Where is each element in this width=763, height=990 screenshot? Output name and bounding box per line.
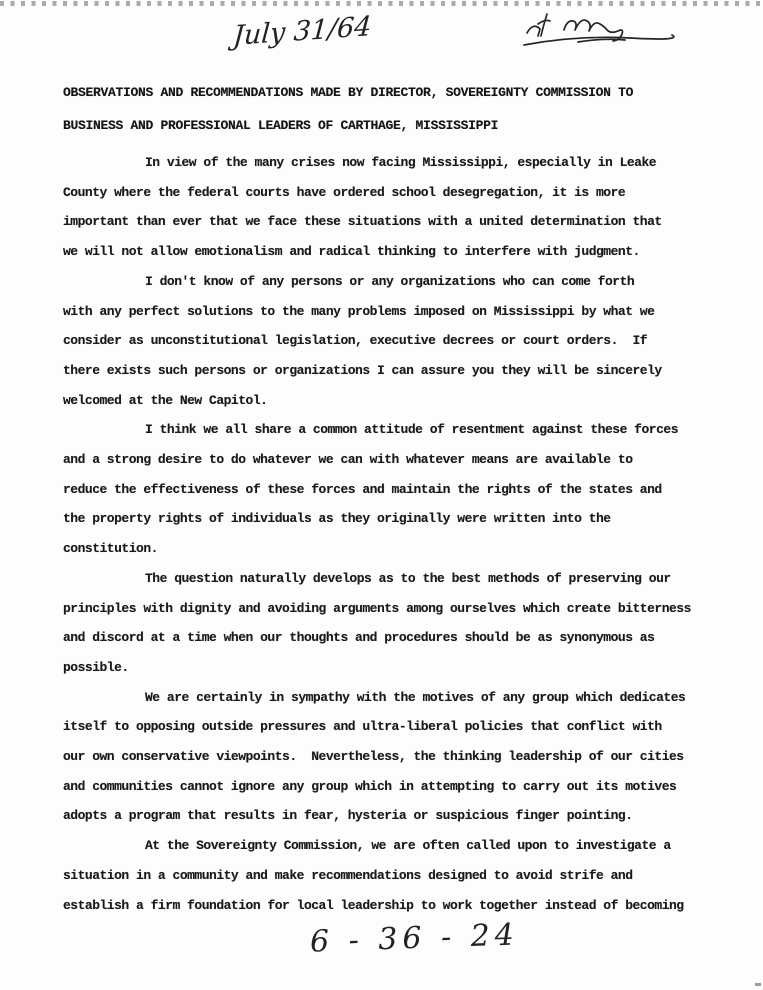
document-body: In view of the many crises now facing Mi… bbox=[63, 148, 731, 920]
handwritten-initials-scribble bbox=[522, 5, 678, 51]
paragraph-6: At the Sovereignty Commission, we are of… bbox=[63, 831, 731, 920]
paragraph-1: In view of the many crises now facing Mi… bbox=[63, 148, 731, 267]
document-title: OBSERVATIONS AND RECOMMENDATIONS MADE BY… bbox=[63, 76, 723, 142]
paragraph-5: We are certainly in sympathy with the mo… bbox=[63, 683, 731, 832]
handwritten-date: July 31/64 bbox=[232, 11, 372, 52]
scanned-document-page: July 31/64 OBSERVATIONS AND RECOMMENDATI… bbox=[0, 0, 763, 990]
paragraph-4: The question naturally develops as to th… bbox=[63, 564, 731, 683]
handwritten-file-number: 6 - 36 - 24 bbox=[309, 917, 519, 959]
scan-artifact-mark bbox=[755, 983, 761, 986]
paragraph-2: I don't know of any persons or any organ… bbox=[63, 267, 731, 416]
paragraph-3: I think we all share a common attitude o… bbox=[63, 415, 731, 564]
